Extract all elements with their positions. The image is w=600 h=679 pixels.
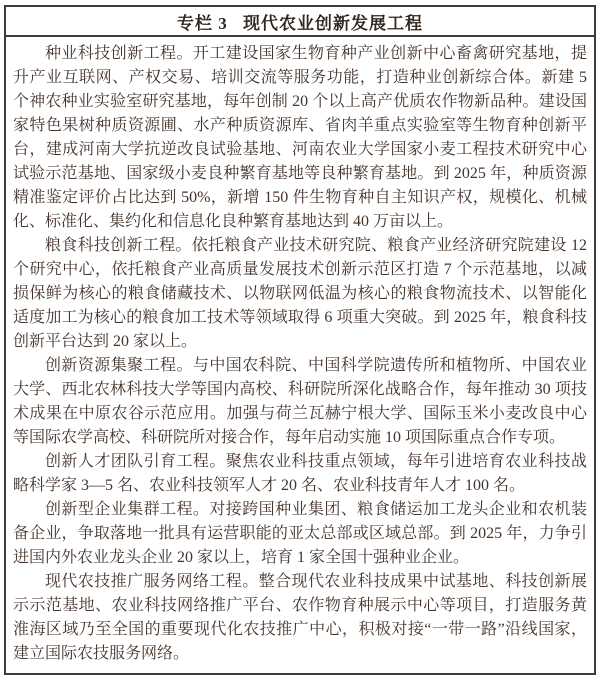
document-page: 专栏 3 现代农业创新发展工程 种业科技创新工程。开工建设国家生物育种产业创新中…: [0, 0, 600, 679]
body-paragraph-grain-tech: 粮食科技创新工程。依托粮食产业技术研究院、粮食产业经济研究院建设 12 个研究中…: [13, 234, 587, 354]
column-title: 现代农业创新发展工程: [243, 9, 423, 34]
body-paragraph-agri-tech-network: 现代农技推广服务网络工程。整合现代农业科技成果中试基地、科技创新展示示范基地、农…: [13, 570, 587, 666]
body-paragraph-talent-teams: 创新人才团队引育工程。聚焦农业科技重点领域，每年引进培育农业科技战略科学家 3—…: [13, 450, 587, 498]
body-paragraph-seed-industry: 种业科技创新工程。开工建设国家生物育种产业创新中心畜禽研究基地，提升产业互联网、…: [13, 42, 587, 234]
column-body: 种业科技创新工程。开工建设国家生物育种产业创新中心畜禽研究基地，提升产业互联网、…: [6, 37, 594, 666]
body-paragraph-innovation-resources: 创新资源集聚工程。与中国农科院、中国科学院遗传所和植物所、中国农业大学、西北农林…: [13, 354, 587, 450]
column-title-bar: 专栏 3 现代农业创新发展工程: [6, 7, 594, 37]
column-box: 专栏 3 现代农业创新发展工程 种业科技创新工程。开工建设国家生物育种产业创新中…: [4, 5, 596, 675]
column-title-label: 专栏 3: [177, 9, 228, 34]
body-paragraph-enterprise-clusters: 创新型企业集群工程。对接跨国种业集团、粮食储运加工龙头企业和农机装备企业，争取落…: [13, 498, 587, 570]
